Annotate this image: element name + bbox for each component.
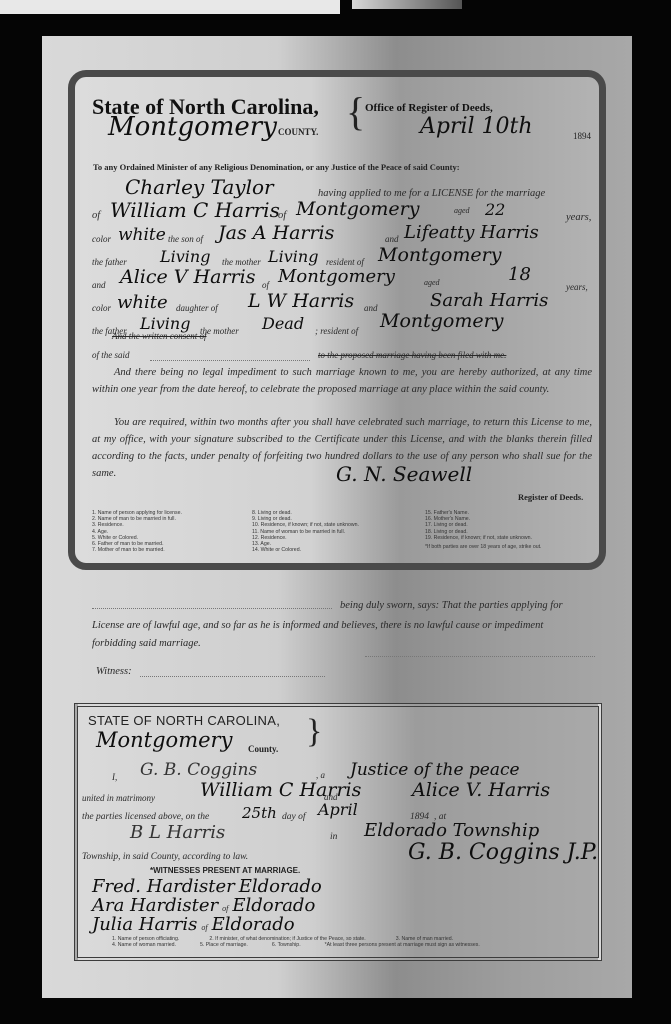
bride-parents-residence: Montgomery bbox=[380, 310, 503, 332]
groom-father-status: Living bbox=[160, 247, 210, 266]
cert-county: Montgomery bbox=[96, 728, 232, 752]
of-label: of bbox=[92, 210, 100, 221]
address-line: To any Ordained Minister of any Religiou… bbox=[93, 162, 460, 172]
license-office: Office of Register of Deeds, bbox=[365, 102, 493, 114]
cert-township: Eldorado Township bbox=[364, 820, 539, 841]
groom-father: Jas A Harris bbox=[218, 222, 334, 244]
cert-place: B L Harris bbox=[130, 822, 225, 843]
county-label: COUNTY. bbox=[278, 127, 318, 137]
consent-struck: And the written consent of bbox=[112, 331, 207, 341]
cert-footnotes: 1. Name of person officiating. 2. If min… bbox=[112, 936, 592, 948]
bride-color: white bbox=[117, 292, 168, 313]
footnotes-col2: 8. Living or dead.9. Living or dead.10. … bbox=[252, 510, 412, 553]
witnesses-heading: *WITNESSES PRESENT AT MARRIAGE. bbox=[150, 866, 300, 875]
brace: } bbox=[306, 712, 322, 752]
groom-color: white bbox=[118, 225, 166, 245]
witness-row: Julia Harris of Eldorado bbox=[92, 914, 392, 933]
bride-father: L W Harris bbox=[248, 290, 354, 312]
brace: { bbox=[346, 92, 365, 132]
groom-name: William C Harris bbox=[110, 198, 280, 222]
color-label: color bbox=[92, 234, 111, 244]
affidavit-line3: forbidding said marriage. bbox=[92, 638, 201, 649]
witness-row: Ara Hardister of Eldorado bbox=[92, 895, 392, 914]
bride-mother: Sarah Harris bbox=[430, 290, 548, 311]
years-label: years, bbox=[566, 212, 591, 223]
officiant-name: G. B. Coggins bbox=[140, 760, 257, 780]
bride-residence: Montgomery bbox=[278, 266, 395, 287]
cert-day: 25th bbox=[242, 804, 277, 822]
groom-residence: Montgomery bbox=[296, 198, 419, 220]
scan-edge-strip bbox=[352, 0, 462, 9]
cert-bride: Alice V. Harris bbox=[412, 779, 550, 801]
cert-state-title: STATE OF NORTH CAROLINA, bbox=[88, 713, 280, 728]
license-county: Montgomery bbox=[108, 112, 277, 142]
witness-blank bbox=[140, 676, 325, 677]
parties-label: the parties licensed above, on the bbox=[82, 812, 209, 822]
day-of-label: day of bbox=[282, 812, 305, 822]
authorization-paragraph: And there being no legal impediment to s… bbox=[92, 364, 592, 398]
bride-mother-status: Dead bbox=[262, 314, 304, 333]
bride-age: 18 bbox=[508, 264, 531, 285]
officiant-signature: G. B. Coggins J.P. bbox=[408, 840, 598, 865]
and-label: and bbox=[385, 234, 399, 244]
footnotes-col1: 1. Name of person applying for license.2… bbox=[92, 510, 242, 553]
resident-label: ; resident of bbox=[315, 326, 358, 336]
aged-label: aged bbox=[454, 206, 470, 215]
in-label: in bbox=[330, 832, 337, 842]
officiant-title: Justice of the peace bbox=[350, 760, 520, 780]
witness-label: Witness: bbox=[96, 666, 132, 677]
of-label: of bbox=[262, 280, 269, 290]
signature-line bbox=[365, 656, 595, 657]
son-of-label: the son of bbox=[168, 234, 203, 244]
witness-list: Fred. Hardister Eldorado Ara Hardister o… bbox=[92, 876, 392, 933]
scan-edge-strip bbox=[0, 0, 340, 14]
township-line: Township, in said County, according to l… bbox=[82, 852, 248, 862]
cert-county-label: County. bbox=[248, 744, 278, 754]
groom-mother: Lifeatty Harris bbox=[404, 222, 539, 243]
of-the-said: of the said bbox=[92, 350, 130, 360]
i-label: I, bbox=[112, 772, 117, 782]
affidavit-line2: License are of lawful age, and so far as… bbox=[92, 620, 543, 631]
groom-parents-residence: Montgomery bbox=[378, 244, 501, 266]
color-label: color bbox=[92, 303, 111, 313]
groom-mother-status: Living bbox=[268, 247, 318, 266]
footnotes-col3: 15. Father's Name.16. Mother's Name.17. … bbox=[425, 510, 595, 550]
aged-label: aged bbox=[424, 278, 440, 287]
and-label: and bbox=[92, 280, 106, 290]
daughter-of-label: daughter of bbox=[176, 303, 218, 313]
license-date: April 10th bbox=[420, 114, 533, 139]
register-signature: G. N. Seawell bbox=[336, 462, 472, 486]
and-label: and bbox=[364, 303, 378, 313]
united-label: united in matrimony bbox=[82, 793, 155, 803]
affidavit-line1: being duly sworn, says: That the parties… bbox=[340, 600, 563, 611]
register-title: Register of Deeds. bbox=[518, 492, 583, 502]
consent-struck-2: to the proposed marriage having been fil… bbox=[318, 350, 506, 360]
license-year: 1894 bbox=[573, 131, 591, 141]
blank-line bbox=[150, 360, 310, 361]
witness-row: Fred. Hardister Eldorado bbox=[92, 876, 392, 895]
of-label: of bbox=[278, 210, 286, 221]
groom-age: 22 bbox=[485, 200, 505, 219]
years-label: years, bbox=[566, 282, 588, 292]
cert-month: April bbox=[318, 800, 358, 819]
applicant-name: Charley Taylor bbox=[125, 175, 274, 199]
bride-name: Alice V Harris bbox=[120, 266, 255, 288]
affiant-blank bbox=[92, 608, 332, 609]
